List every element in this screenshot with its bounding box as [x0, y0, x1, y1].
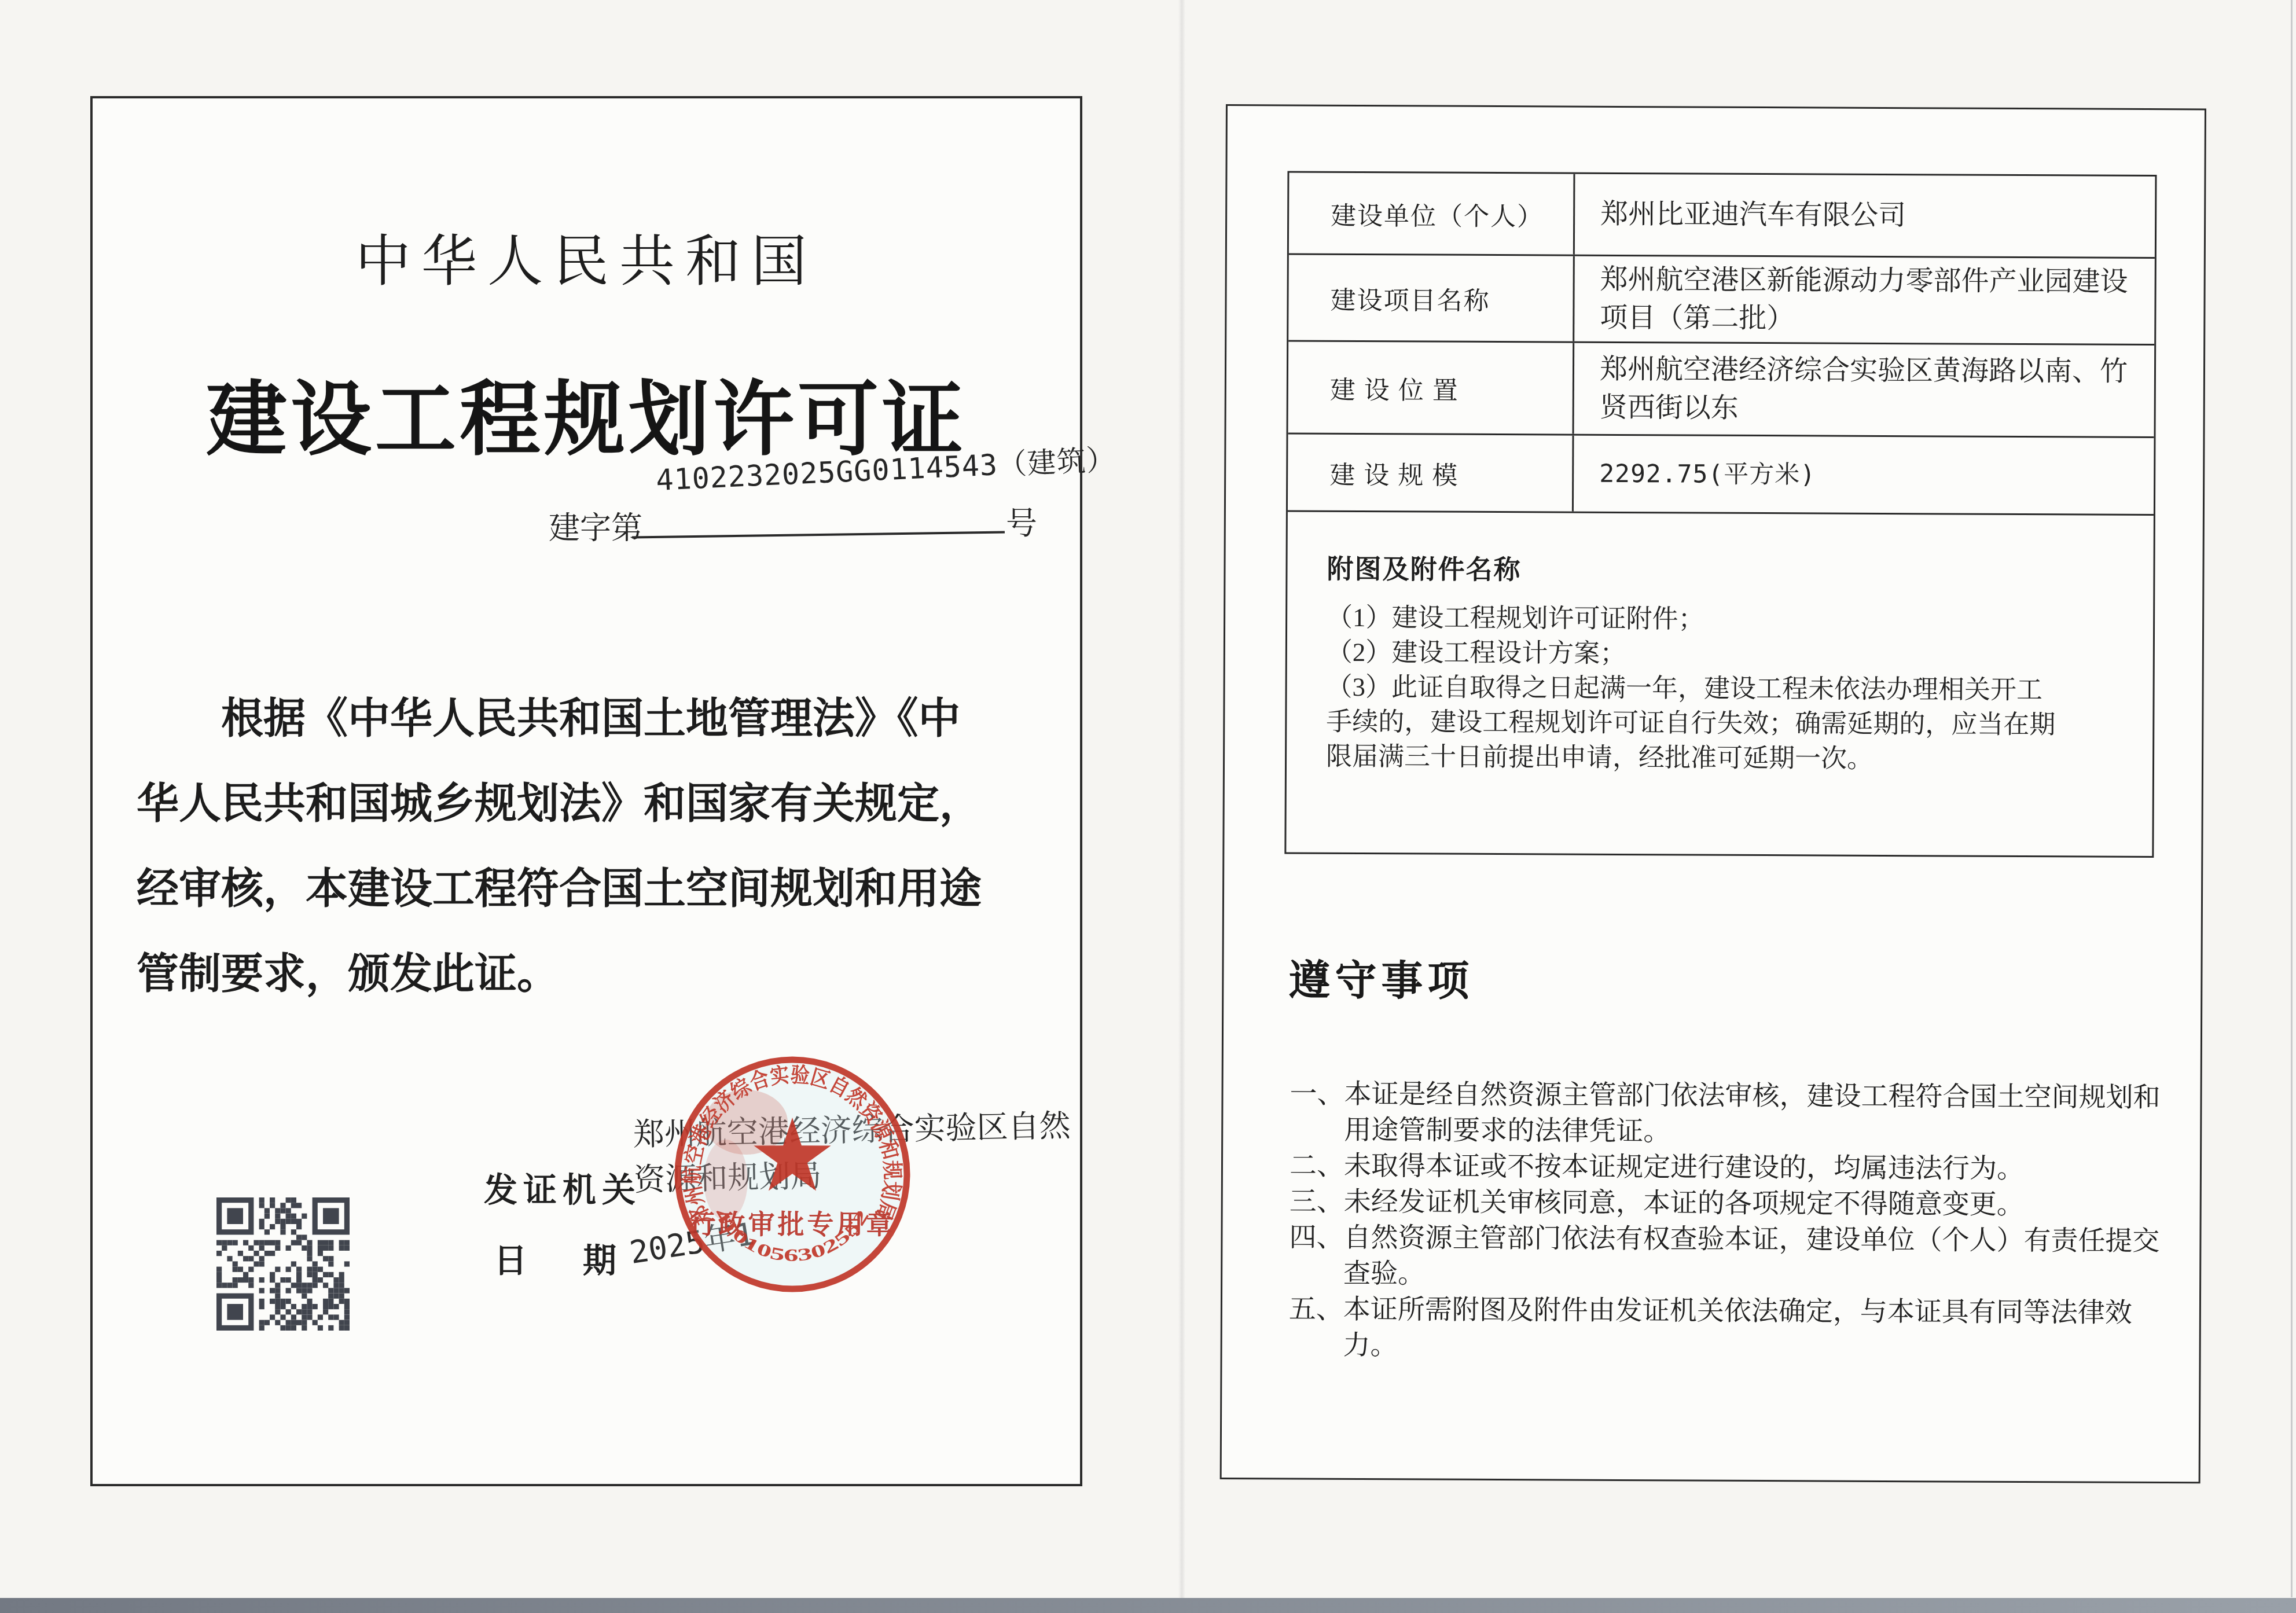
qr-module: [275, 1240, 280, 1245]
qr-module: [227, 1208, 243, 1224]
qr-module: [222, 1240, 227, 1245]
attachment-item: （3）此证自取得之日起满一年，建设工程未依法办理相关开工手续的，建设工程规划许可…: [1326, 670, 2069, 777]
qr-module: [238, 1267, 243, 1272]
left-page: 中华人民共和国 建设工程规划许可证 4102232025GG0114543（建筑…: [90, 96, 1082, 1486]
qr-module: [318, 1251, 323, 1256]
qr-module: [323, 1256, 328, 1261]
right-page: 建设单位（个人）郑州比亚迪汽车有限公司建设项目名称郑州航空港区新能源动力零部件产…: [1220, 104, 2206, 1483]
qr-module: [216, 1272, 222, 1277]
qr-module: [318, 1267, 323, 1272]
qr-module: [333, 1314, 339, 1320]
qr-module: [328, 1261, 333, 1266]
qr-module: [275, 1267, 280, 1272]
qr-module: [302, 1320, 307, 1325]
qr-module: [259, 1320, 265, 1325]
qr-module: [259, 1304, 265, 1309]
qr-module: [280, 1277, 285, 1283]
qr-module: [333, 1288, 339, 1293]
qr-module: [302, 1304, 307, 1309]
qr-module: [296, 1219, 302, 1224]
qr-module: [270, 1277, 275, 1283]
qr-module: [270, 1288, 275, 1293]
qr-module: [313, 1267, 318, 1272]
qr-module: [313, 1277, 318, 1283]
qr-module: [270, 1224, 275, 1229]
qr-module: [318, 1277, 323, 1283]
qr-module: [275, 1219, 280, 1224]
qr-module: [307, 1256, 312, 1261]
qr-module: [333, 1283, 339, 1288]
row-value: 郑州比亚迪汽车有限公司: [1575, 174, 2155, 257]
qr-module: [339, 1277, 344, 1283]
qr-module: [302, 1314, 307, 1320]
qr-module: [270, 1272, 275, 1277]
qr-module: [339, 1294, 344, 1299]
qr-module: [339, 1288, 344, 1293]
qr-module: [328, 1314, 333, 1320]
qr-module: [323, 1304, 328, 1309]
qr-module: [291, 1304, 296, 1309]
qr-module: [286, 1299, 291, 1304]
qr-module: [333, 1294, 339, 1299]
scanned-permit-document: 中华人民共和国 建设工程规划许可证 4102232025GG0114543（建筑…: [0, 0, 2296, 1613]
qr-module: [227, 1304, 243, 1320]
qr-module: [265, 1208, 270, 1213]
issuer-label: 发证机关: [484, 1163, 641, 1211]
qr-module: [344, 1325, 350, 1331]
qr-module: [259, 1203, 265, 1208]
qr-module: [265, 1320, 270, 1325]
qr-module: [216, 1283, 222, 1288]
qr-module: [296, 1234, 302, 1240]
qr-module: [275, 1299, 280, 1304]
qr-module: [313, 1304, 318, 1309]
qr-module: [216, 1277, 222, 1283]
row-value: 郑州航空港经济综合实验区黄海路以南、竹贤西街以东: [1574, 343, 2155, 436]
qr-module: [328, 1294, 333, 1299]
qr-module: [286, 1277, 291, 1283]
qr-module: [216, 1240, 222, 1245]
qr-module: [323, 1208, 339, 1224]
qr-module: [307, 1272, 312, 1277]
qr-module: [344, 1261, 350, 1266]
info-table: 建设单位（个人）郑州比亚迪汽车有限公司建设项目名称郑州航空港区新能源动力零部件产…: [1284, 171, 2157, 858]
qr-module: [291, 1229, 296, 1234]
qr-module: [259, 1219, 265, 1224]
row-value: 郑州航空港区新能源动力零部件产业园建设项目（第二批）: [1574, 256, 2155, 344]
qr-module: [275, 1283, 280, 1288]
qr-module: [323, 1272, 328, 1277]
qr-module: [275, 1208, 280, 1213]
qr-module: [243, 1272, 248, 1277]
qr-module: [270, 1299, 275, 1304]
qr-module: [302, 1214, 307, 1219]
qr-module: [302, 1309, 307, 1314]
qr-module: [318, 1325, 323, 1331]
qr-module: [296, 1283, 302, 1288]
qr-module: [318, 1240, 323, 1245]
qr-module: [344, 1320, 350, 1325]
qr-module: [344, 1299, 350, 1304]
qr-module: [233, 1277, 238, 1283]
qr-module: [339, 1283, 344, 1288]
qr-module: [318, 1314, 323, 1320]
qr-module: [259, 1197, 265, 1203]
qr-module: [296, 1309, 302, 1314]
row-label: 建 设 位 置: [1288, 341, 1575, 433]
qr-module: [238, 1251, 243, 1256]
qr-module: [328, 1240, 333, 1245]
compliance-list: 一、本证是经自然资源主管部门依法审核，建设工程符合国土空间规划和用途管制要求的法…: [1289, 1076, 2170, 1367]
qr-module: [302, 1234, 307, 1240]
qr-module: [291, 1283, 296, 1288]
qr-module: [259, 1299, 265, 1304]
qr-module: [248, 1245, 254, 1251]
qr-module: [216, 1251, 222, 1256]
compliance-item: 五、本证所需附图及附件由发证机关依法确定，与本证具有同等法律效力。: [1289, 1291, 2169, 1367]
qr-module: [302, 1294, 307, 1299]
qr-module: [291, 1320, 296, 1325]
qr-module: [248, 1277, 254, 1283]
qr-module: [233, 1240, 238, 1245]
qr-module: [233, 1283, 238, 1288]
permit-number-underline: [632, 531, 1005, 539]
qr-module: [291, 1240, 296, 1245]
qr-module: [307, 1283, 312, 1288]
qr-module: [296, 1277, 302, 1283]
qr-module: [291, 1314, 296, 1320]
qr-module: [328, 1288, 333, 1293]
qr-module: [243, 1240, 248, 1245]
qr-module: [248, 1256, 254, 1261]
qr-module: [328, 1245, 333, 1251]
table-row: 建 设 位 置郑州航空港经济综合实验区黄海路以南、竹贤西街以东: [1288, 341, 2155, 438]
qr-module: [307, 1304, 312, 1309]
qr-module: [280, 1314, 285, 1320]
qr-module: [328, 1304, 333, 1309]
qr-module: [259, 1245, 265, 1251]
qr-module: [291, 1261, 296, 1266]
qr-module: [339, 1240, 344, 1245]
qr-module: [318, 1245, 323, 1251]
qr-module: [323, 1283, 328, 1288]
qr-module: [270, 1251, 275, 1256]
qr-module: [259, 1325, 265, 1331]
qr-module: [254, 1240, 259, 1245]
scanner-edge-strip: [0, 1598, 2296, 1613]
qr-module: [328, 1299, 333, 1304]
table-row: 建设项目名称郑州航空港区新能源动力零部件产业园建设项目（第二批）: [1288, 255, 2155, 346]
attachments-title: 附图及附件名称: [1327, 548, 2130, 590]
qr-module: [339, 1325, 344, 1331]
compliance-heading: 遵守事项: [1288, 946, 1474, 1007]
qr-module: [233, 1267, 238, 1272]
qr-module: [259, 1240, 265, 1245]
official-seal: 郑州航空港经济综合实验区自然资源和规划局 行政审批专用章 41010563025…: [665, 1047, 920, 1302]
qr-module: [270, 1314, 275, 1320]
qr-module: [216, 1267, 222, 1272]
qr-module: [313, 1261, 318, 1266]
qr-module: [344, 1240, 350, 1245]
qr-module: [286, 1208, 291, 1213]
qr-module: [275, 1309, 280, 1314]
qr-module: [339, 1320, 344, 1325]
qr-module: [238, 1277, 243, 1283]
qr-module: [270, 1197, 275, 1203]
qr-module: [270, 1203, 275, 1208]
qr-module: [296, 1267, 302, 1272]
date-label-char-1: 日: [494, 1233, 527, 1282]
qr-module: [286, 1214, 291, 1219]
qr-module: [280, 1208, 285, 1213]
qr-module: [248, 1267, 254, 1272]
qr-module: [307, 1240, 312, 1245]
compliance-item: 三、未经发证机关审核同意，本证的各项规定不得随意变更。: [1290, 1184, 2169, 1223]
qr-module: [291, 1214, 296, 1219]
qr-module: [339, 1245, 344, 1251]
qr-module: [254, 1251, 259, 1256]
qr-module: [286, 1197, 291, 1203]
qr-module: [328, 1256, 333, 1261]
qr-module: [286, 1320, 291, 1325]
qr-module: [313, 1272, 318, 1277]
qr-module: [227, 1256, 232, 1261]
qr-module: [291, 1325, 296, 1331]
qr-module: [302, 1245, 307, 1251]
qr-module: [296, 1203, 302, 1208]
qr-module: [259, 1277, 265, 1283]
compliance-item: 一、本证是经自然资源主管部门依法审核，建设工程符合国土空间规划和用途管制要求的法…: [1290, 1076, 2170, 1152]
compliance-item: 二、未取得本证或不按本证规定进行建设的，均属违法行为。: [1290, 1148, 2169, 1188]
qr-module: [259, 1224, 265, 1229]
qr-module: [323, 1309, 328, 1314]
table-row: 建 设 规 模2292.75(平方米): [1288, 434, 2154, 516]
qr-module: [344, 1314, 350, 1320]
qr-module: [275, 1214, 280, 1219]
qr-module: [286, 1219, 291, 1224]
qr-module: [323, 1245, 328, 1251]
qr-module: [328, 1272, 333, 1277]
qr-module: [233, 1261, 238, 1266]
qr-module: [265, 1214, 270, 1219]
qr-module: [302, 1325, 307, 1331]
qr-module: [296, 1288, 302, 1293]
qr-module: [302, 1283, 307, 1288]
qr-module: [296, 1272, 302, 1277]
attachments-cell: 附图及附件名称 （1）建设工程规划许可证附件；（2）建设工程设计方案；（3）此证…: [1286, 512, 2154, 856]
qr-module: [275, 1320, 280, 1325]
qr-module: [333, 1277, 339, 1283]
permit-number-suffix: 号: [1006, 499, 1037, 543]
qr-module: [227, 1240, 232, 1245]
qr-module: [344, 1288, 350, 1293]
qr-module: [227, 1283, 232, 1288]
date-label: 日 期: [494, 1233, 616, 1282]
qr-module: [307, 1251, 312, 1256]
page-fold-shadow: [1178, 0, 1185, 1613]
qr-module: [344, 1245, 350, 1251]
table-row: 建设单位（个人）郑州比亚迪汽车有限公司: [1289, 172, 2155, 259]
qr-module: [243, 1256, 248, 1261]
qr-module: [275, 1304, 280, 1309]
attachment-items: （1）建设工程规划许可证附件；（2）建设工程设计方案；（3）此证自取得之日起满一…: [1326, 600, 2069, 777]
qr-module: [259, 1288, 265, 1293]
attachment-item: （1）建设工程规划许可证附件；: [1327, 600, 2069, 638]
certificate-body-text: 根据《中华人民共和国土地管理法》《中 华人民共和国城乡规划法》和国家有关规定， …: [137, 676, 1039, 1016]
qr-module: [307, 1309, 312, 1314]
qr-module: [323, 1240, 328, 1245]
qr-module: [344, 1304, 350, 1309]
qr-module: [280, 1219, 285, 1224]
qr-module: [307, 1267, 312, 1272]
permit-number-prefix: 建字第: [549, 504, 642, 548]
qr-module: [280, 1325, 285, 1331]
qr-module: [296, 1320, 302, 1325]
qr-module: [339, 1272, 344, 1277]
row-label: 建 设 规 模: [1288, 434, 1574, 511]
qr-code: [216, 1197, 350, 1331]
row-label: 建设项目名称: [1288, 255, 1575, 341]
qr-module: [339, 1299, 344, 1304]
row-value: 2292.75(平方米): [1574, 436, 2154, 514]
country-title: 中华人民共和国: [93, 217, 1080, 296]
qr-module: [270, 1240, 275, 1245]
qr-module: [286, 1288, 291, 1293]
date-label-char-2: 期: [583, 1233, 616, 1282]
qr-module: [302, 1288, 307, 1293]
qr-module: [307, 1288, 312, 1293]
qr-module: [313, 1320, 318, 1325]
qr-module: [286, 1325, 291, 1331]
qr-module: [307, 1314, 312, 1320]
qr-module: [344, 1309, 350, 1314]
qr-module: [286, 1309, 291, 1314]
scan-edge-line: [2291, 0, 2293, 1597]
qr-module: [280, 1229, 285, 1234]
qr-module: [259, 1261, 265, 1266]
qr-module: [296, 1240, 302, 1245]
qr-module: [333, 1304, 339, 1309]
qr-module: [275, 1294, 280, 1299]
qr-module: [265, 1240, 270, 1245]
qr-module: [254, 1261, 259, 1266]
qr-module: [323, 1299, 328, 1304]
qr-module: [313, 1283, 318, 1288]
qr-module: [286, 1267, 291, 1272]
qr-module: [259, 1256, 265, 1261]
qr-module: [275, 1288, 280, 1293]
qr-module: [286, 1245, 291, 1251]
qr-module: [265, 1251, 270, 1256]
qr-module: [222, 1245, 227, 1251]
qr-module: [280, 1299, 285, 1304]
qr-module: [280, 1203, 285, 1208]
attachment-item: （2）建设工程设计方案；: [1327, 635, 2069, 673]
qr-module: [296, 1224, 302, 1229]
qr-module: [248, 1283, 254, 1288]
compliance-item: 四、自然资源主管部门依法有权查验本证，建设单位（个人）有责任提交查验。: [1289, 1219, 2169, 1295]
qr-module: [291, 1203, 296, 1208]
qr-module: [280, 1304, 285, 1309]
qr-module: [307, 1299, 312, 1304]
qr-module: [280, 1224, 285, 1229]
row-label: 建设单位（个人）: [1289, 172, 1575, 254]
qr-module: [291, 1197, 296, 1203]
qr-module: [291, 1219, 296, 1224]
qr-module: [222, 1283, 227, 1288]
qr-module: [275, 1245, 280, 1251]
qr-module: [328, 1325, 333, 1331]
qr-module: [243, 1277, 248, 1283]
qr-module: [265, 1229, 270, 1234]
qr-module: [307, 1245, 312, 1251]
